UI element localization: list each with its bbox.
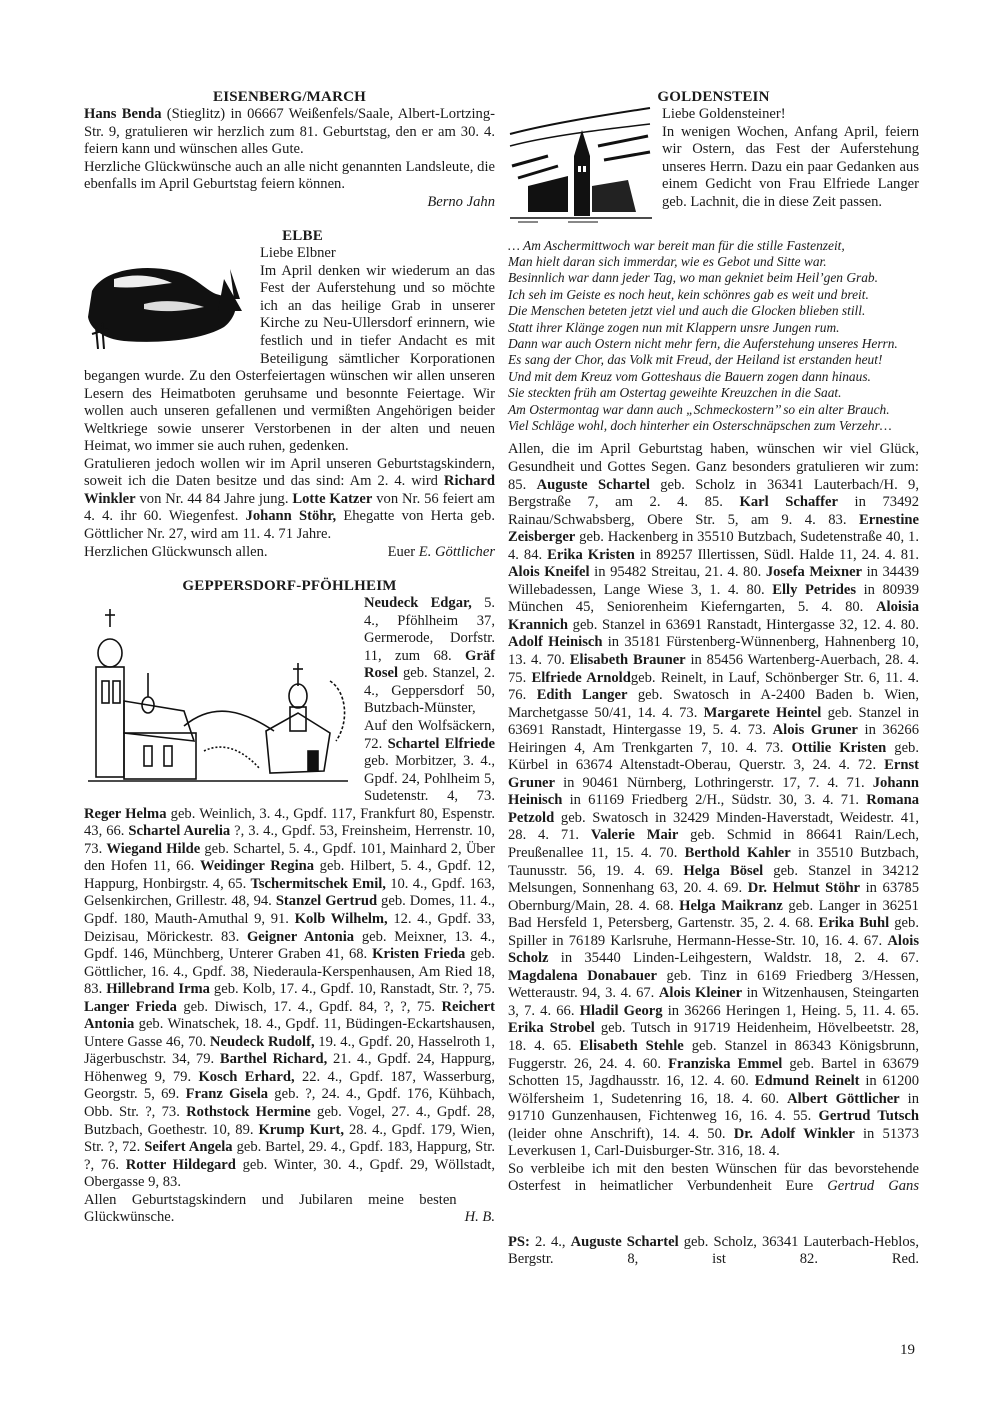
right-column: GOLDENSTEIN Liebe Goldensteiner! In weni… <box>508 88 919 1269</box>
closing-row: Allen Geburtstagskindern und Jubilaren m… <box>84 1192 495 1227</box>
poem-line: Die Menschen beteten jetzt viel und auch… <box>508 303 919 319</box>
poem: … Am Aschermittwoch war bereit man für d… <box>508 238 919 435</box>
birthday-list: Allen, die im April Geburtstag haben, wü… <box>508 441 919 1160</box>
poem-line: Sie steckten früh am Ostertag geweihte K… <box>508 385 919 401</box>
section-heading: EISENBERG/MARCH <box>84 88 495 106</box>
poem-line: … Am Aschermittwoch war bereit man für d… <box>508 238 919 254</box>
village-tower-illustration <box>508 106 654 230</box>
poem-line: Am Ostermontag war dann auch „Schmeckost… <box>508 402 919 418</box>
section-geppersdorf-pfoehlheim: GEPPERSDORF-PFÖHLHEIM <box>84 577 495 1227</box>
landscape-illustration <box>84 249 252 355</box>
section-heading: ELBE <box>84 227 495 245</box>
closing-text: Herzlichen Glückwunsch allen. <box>84 544 268 562</box>
poem-line: Besinnlich war dann jeder Tag, wo man ge… <box>508 270 919 286</box>
closing-prefix: Euer <box>388 544 419 560</box>
closing-text: Allen Geburtstagskindern und Jubilaren m… <box>84 1192 457 1227</box>
signature: Gertrud Gans <box>827 1178 919 1194</box>
closing-row: Herzlichen Glückwunsch allen. Euer E. Gö… <box>84 544 495 562</box>
signature: H. B. <box>465 1209 495 1227</box>
church-illustration <box>84 601 354 792</box>
section-postscript: PS: 2. 4., Auguste Schartel geb. Scholz,… <box>508 1234 919 1269</box>
closing-paragraph: So verbleibe ich mit den besten Wünschen… <box>508 1161 919 1196</box>
poem-line: Dann war auch Ostern nicht mehr fern, di… <box>508 336 919 352</box>
signature: Berno Jahn <box>84 194 495 212</box>
poem-line: Statt ihrer Klänge zogen nun mit Klapper… <box>508 320 919 336</box>
section-heading: GEPPERSDORF-PFÖHLHEIM <box>84 577 495 595</box>
poem-line: Und mit dem Kreuz vom Gotteshaus die Bau… <box>508 369 919 385</box>
birthday-paragraph: Gratulieren jedoch wollen wir im April u… <box>84 456 495 544</box>
editor-signature: Red. <box>892 1251 919 1267</box>
poem-line: Ich seh im Geiste es noch heut, kein sch… <box>508 287 919 303</box>
page-number: 19 <box>900 1342 915 1359</box>
postscript-body: PS: 2. 4., Auguste Schartel geb. Scholz,… <box>508 1234 919 1268</box>
section-goldenstein: GOLDENSTEIN Liebe Goldensteiner! In weni… <box>508 88 919 1196</box>
left-column: EISENBERG/MARCH Hans Benda (Stieglitz) i… <box>84 88 495 1227</box>
postscript-text: PS: 2. 4., Auguste Schartel geb. Scholz,… <box>508 1234 919 1269</box>
poem-line: Es sang der Chor, das Volk mit Freud, de… <box>508 352 919 368</box>
signature: E. Göttlicher <box>419 544 495 560</box>
section-heading: GOLDENSTEIN <box>508 88 919 106</box>
poem-line: Viel Schläge wohl, doch hinterher ein Os… <box>508 418 919 434</box>
poem-line: Man hielt daran sich immerdar, wie es Ge… <box>508 254 919 270</box>
birthday-paragraph: Hans Benda (Stieglitz) in 06667 Weißenfe… <box>84 106 495 159</box>
section-eisenberg-march: EISENBERG/MARCH Hans Benda (Stieglitz) i… <box>84 88 495 211</box>
greeting-paragraph: Herzliche Glückwünsche auch an alle nich… <box>84 159 495 194</box>
section-elbe: ELBE Liebe Elbner Im April denken wir wi… <box>84 227 495 561</box>
